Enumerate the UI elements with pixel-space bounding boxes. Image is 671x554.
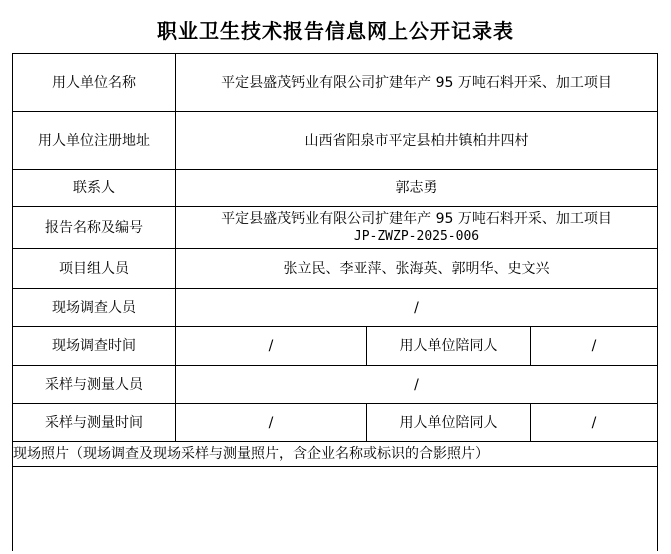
contact-value: 郭志勇: [176, 170, 657, 206]
table-row-contact: 联系人 郭志勇: [13, 170, 657, 207]
registered-address-label: 用人单位注册地址: [13, 112, 176, 169]
contact-label: 联系人: [13, 170, 176, 206]
survey-time-value: /: [176, 327, 367, 365]
sampling-escort-label: 用人单位陪同人: [367, 404, 531, 441]
sampling-time-label: 采样与测量时间: [13, 404, 176, 441]
table-row-employer-name: 用人单位名称 平定县盛茂钙业有限公司扩建年产 95 万吨石料开采、加工项目: [13, 54, 657, 112]
table-row-sampling-staff: 采样与测量人员 /: [13, 366, 657, 404]
survey-staff-label: 现场调查人员: [13, 289, 176, 326]
sampling-time-value: /: [176, 404, 367, 441]
photo-section-area: [13, 467, 657, 551]
project-team-label: 项目组人员: [13, 249, 176, 288]
table-row-sampling-time: 采样与测量时间 / 用人单位陪同人 /: [13, 404, 657, 442]
project-team-value: 张立民、李亚萍、张海英、郭明华、史文兴: [176, 249, 657, 288]
document-title: 职业卫生技术报告信息网上公开记录表: [0, 16, 671, 46]
table-row-project-team: 项目组人员 张立民、李亚萍、张海英、郭明华、史文兴: [13, 249, 657, 289]
photo-section-header: 现场照片（现场调查及现场采样与测量照片，含企业名称或标识的合影照片）: [13, 442, 657, 467]
employer-name-value: 平定县盛茂钙业有限公司扩建年产 95 万吨石料开采、加工项目: [176, 54, 657, 111]
table-row-report-name: 报告名称及编号 平定县盛茂钙业有限公司扩建年产 95 万吨石料开采、加工项目 J…: [13, 207, 657, 249]
report-name-value: 平定县盛茂钙业有限公司扩建年产 95 万吨石料开采、加工项目 JP-ZWZP-2…: [176, 207, 657, 248]
survey-escort-value: /: [531, 327, 657, 365]
table-row-registered-address: 用人单位注册地址 山西省阳泉市平定县柏井镇柏井四村: [13, 112, 657, 170]
survey-staff-value: /: [176, 289, 657, 326]
sampling-staff-label: 采样与测量人员: [13, 366, 176, 403]
survey-time-label: 现场调查时间: [13, 327, 176, 365]
registered-address-value: 山西省阳泉市平定县柏井镇柏井四村: [176, 112, 657, 169]
report-number: JP-ZWZP-2025-006: [354, 228, 479, 245]
report-title: 平定县盛茂钙业有限公司扩建年产 95 万吨石料开采、加工项目: [221, 211, 612, 228]
sampling-staff-value: /: [176, 366, 657, 403]
sampling-escort-value: /: [531, 404, 657, 441]
report-name-label: 报告名称及编号: [13, 207, 176, 248]
table-row-survey-time: 现场调查时间 / 用人单位陪同人 /: [13, 327, 657, 366]
record-table: 用人单位名称 平定县盛茂钙业有限公司扩建年产 95 万吨石料开采、加工项目 用人…: [12, 53, 658, 551]
employer-name-label: 用人单位名称: [13, 54, 176, 111]
survey-escort-label: 用人单位陪同人: [367, 327, 531, 365]
table-row-survey-staff: 现场调查人员 /: [13, 289, 657, 327]
